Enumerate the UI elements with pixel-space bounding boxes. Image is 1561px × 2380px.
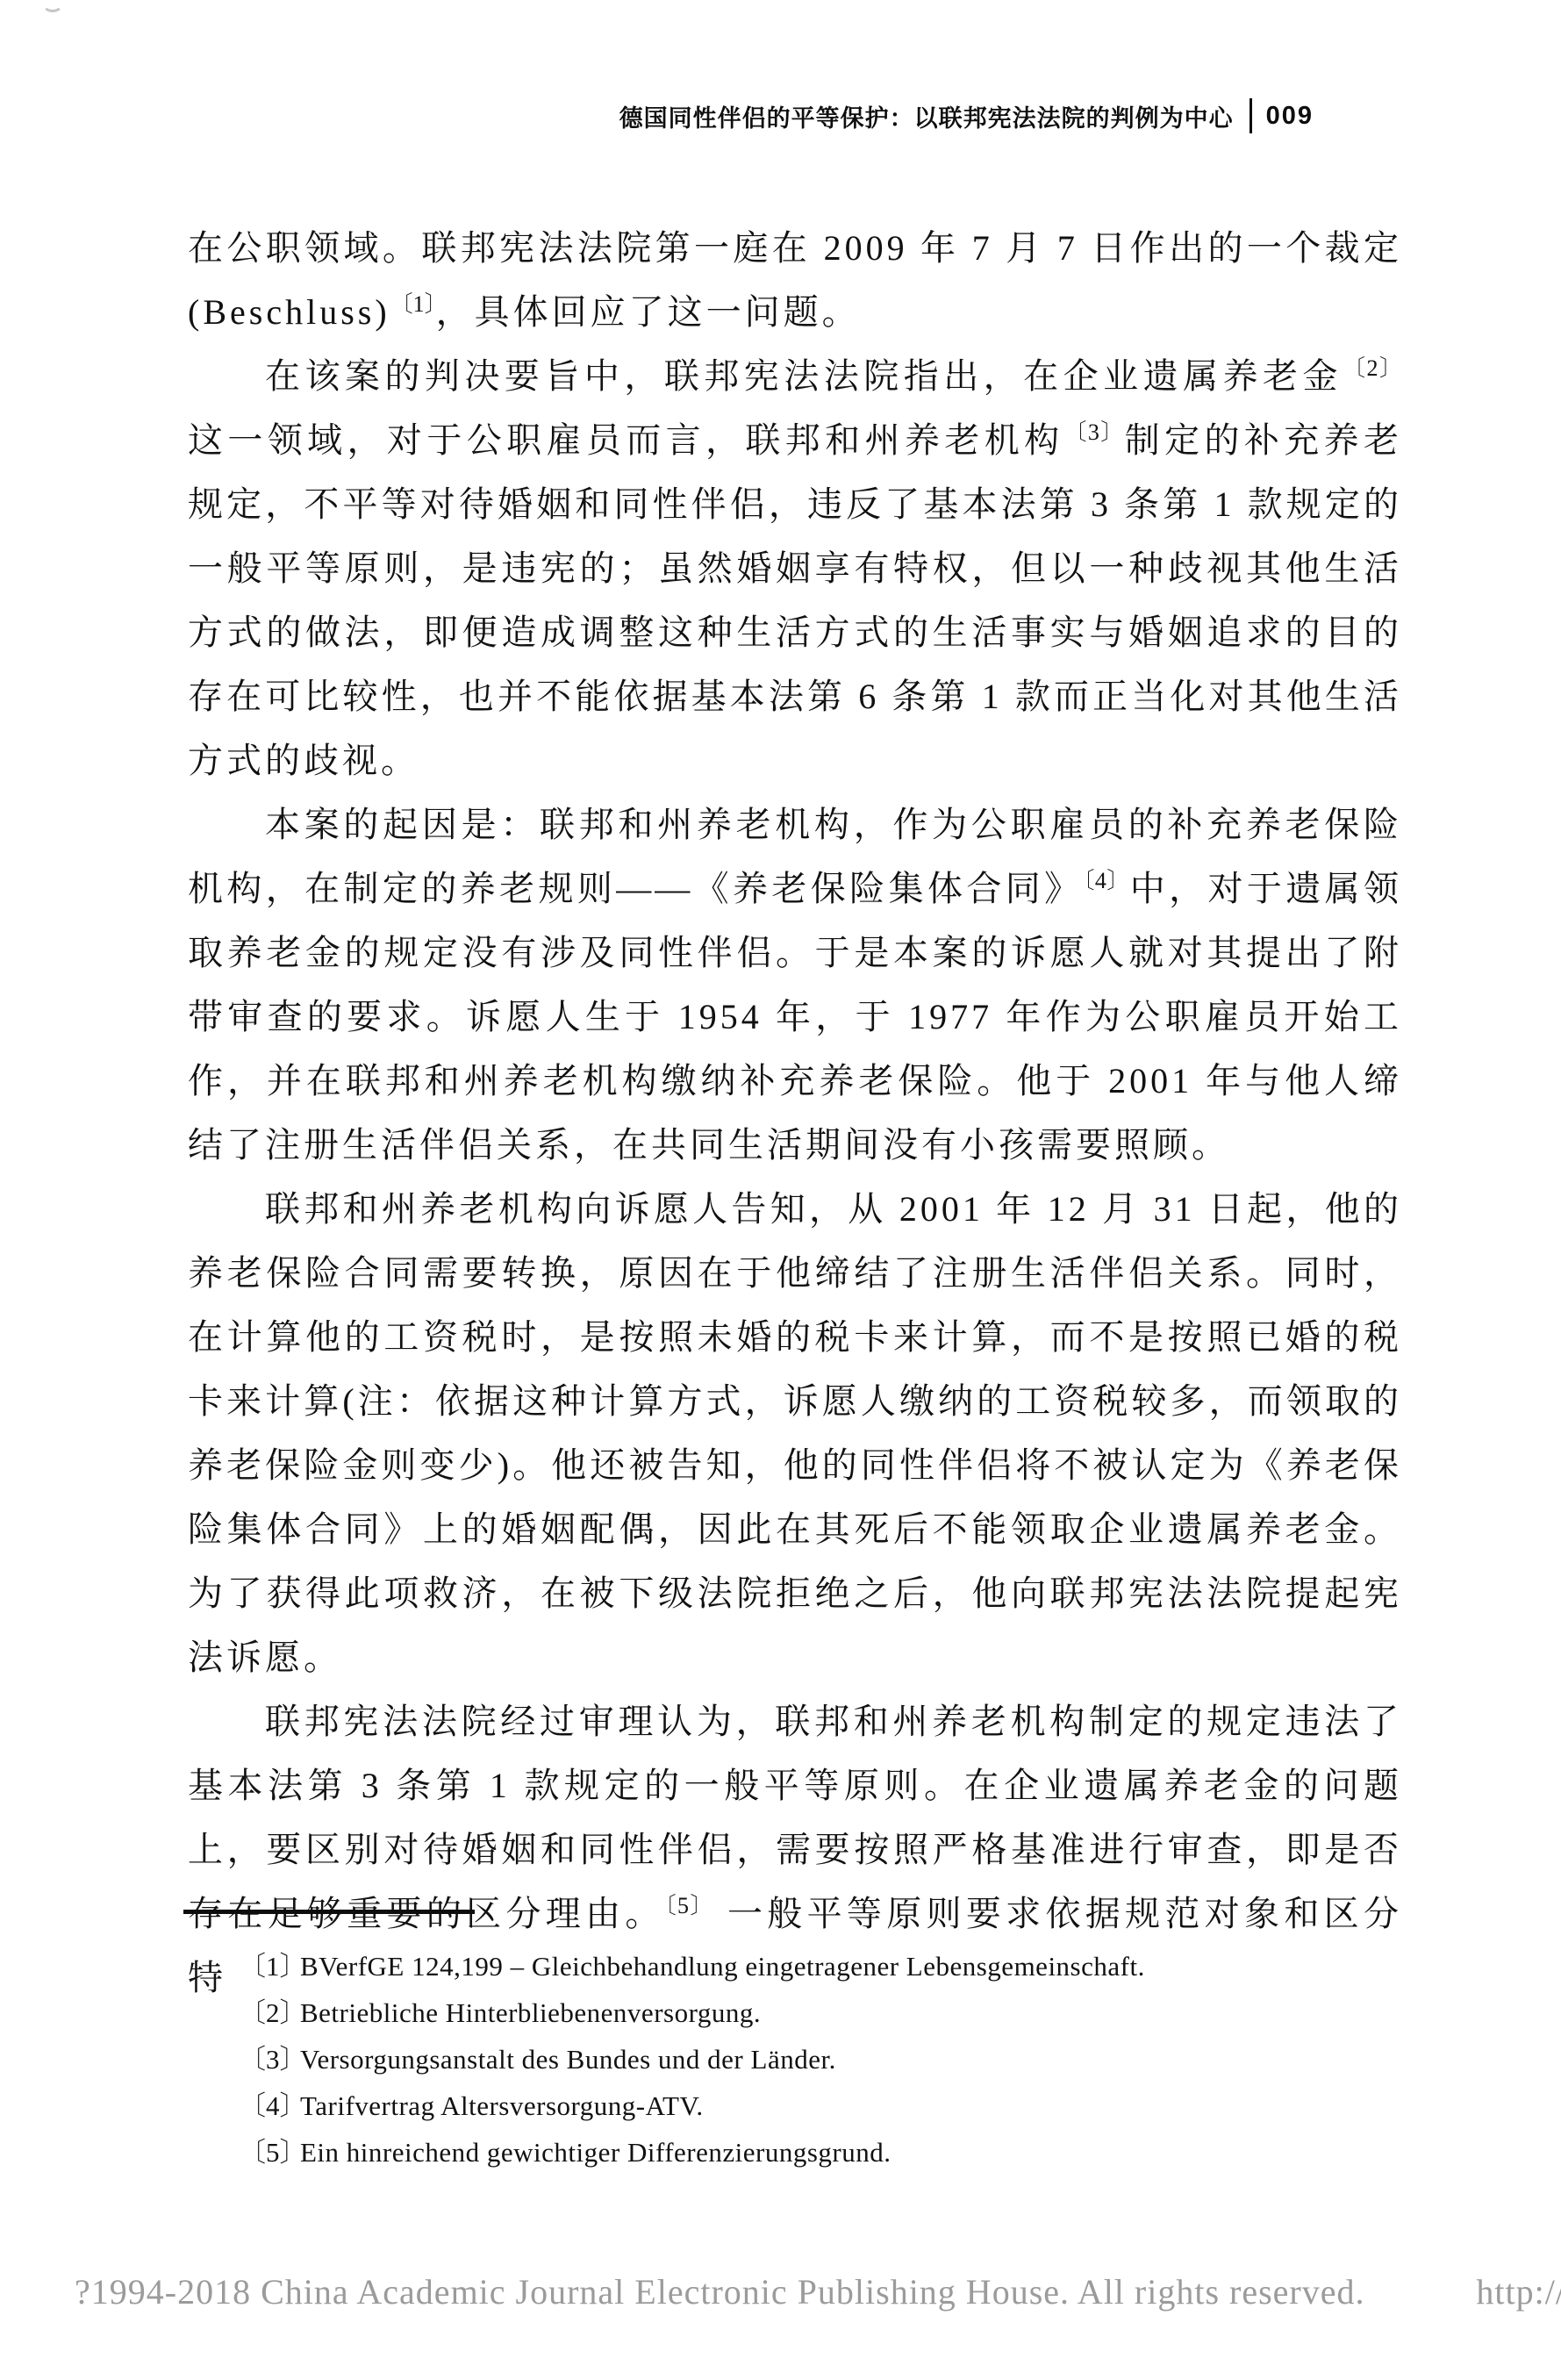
scan-artifact [42, 0, 63, 12]
body-text-run: ，具体回应了这一问题。 [436, 292, 861, 332]
body-text-run: 这一领域，对于公职雇员而言，联邦和州养老机构 [188, 420, 1064, 460]
body-text-run: 联邦和州养老机构向诉愿人告知，从 2001 年 12 月 31 日起，他的养老保… [188, 1189, 1402, 1677]
footnote-separator-rule [183, 1910, 475, 1914]
body-paragraph: 联邦和州养老机构向诉愿人告知，从 2001 年 12 月 31 日起，他的养老保… [188, 1177, 1402, 1689]
footnote-marker: 〔3〕 [1064, 419, 1125, 445]
footnote-item: 〔5〕Ein hinreichend gewichtiger Differenz… [239, 2129, 1406, 2176]
footer-url: http:// [1476, 2271, 1561, 2312]
header-divider-rule [1250, 98, 1252, 133]
body-text-run: 在该案的判决要旨中，联邦宪法法院指出，在企业遗属养老金 [265, 356, 1343, 396]
footnote-marker: 〔1〕 [390, 291, 436, 317]
body-text-run: 制定的补充养老规定，不平等对待婚姻和同性伴侣，违反了基本法第 3 条第 1 款规… [188, 420, 1402, 780]
footnote-text: BVerfGE 124,199 – Gleichbehandlung einge… [300, 1951, 1145, 1982]
footnote-text: Ein hinreichend gewichtiger Differenzier… [300, 2137, 891, 2168]
footnote-number: 〔4〕 [239, 2082, 300, 2129]
body-paragraph: 在公职领域。联邦宪法法院第一庭在 2009 年 7 月 7 日作出的一个裁定(B… [188, 216, 1402, 344]
copyright-text: ?1994-2018 China Academic Journal Electr… [75, 2271, 1365, 2312]
body-text: 在公职领域。联邦宪法法院第一庭在 2009 年 7 月 7 日作出的一个裁定(B… [188, 216, 1402, 2010]
footnote-number: 〔3〕 [239, 2036, 300, 2082]
footnote-number: 〔5〕 [239, 2129, 300, 2176]
document-page: 德国同性伴侣的平等保护：以联邦宪法法院的判例为中心 009 在公职领域。联邦宪法… [0, 0, 1561, 2380]
footnote-item: 〔3〕Versorgungsanstalt des Bundes und der… [239, 2036, 1406, 2082]
footnote-number: 〔2〕 [239, 1989, 300, 2036]
footnote-marker: 〔5〕 [665, 1893, 714, 1918]
footnote-item: 〔2〕Betriebliche Hinterbliebenenversorgun… [239, 1989, 1406, 2036]
footnote-text: Tarifvertrag Altersversorgung-ATV. [300, 2090, 704, 2121]
footnote-marker: 〔2〕 [1343, 355, 1402, 381]
footnote-text: Betriebliche Hinterbliebenenversorgung. [300, 1997, 761, 2028]
footnote-item: 〔1〕BVerfGE 124,199 – Gleichbehandlung ei… [239, 1943, 1406, 1989]
copyright-footer: ?1994-2018 China Academic Journal Electr… [0, 2271, 1561, 2312]
footnote-number: 〔1〕 [239, 1943, 300, 1989]
body-paragraph: 本案的起因是：联邦和州养老机构，作为公职雇员的补充养老保险机构，在制定的养老规则… [188, 792, 1402, 1177]
body-text-run: 中，对于遗属领取养老金的规定没有涉及同性伴侣。于是本案的诉愿人就对其提出了附带审… [188, 869, 1402, 1165]
running-header-title: 德国同性伴侣的平等保护：以联邦宪法法院的判例为中心 [619, 99, 1234, 133]
footnote-marker: 〔4〕 [1084, 868, 1130, 893]
body-paragraph: 在该案的判决要旨中，联邦宪法法院指出，在企业遗属养老金〔2〕这一领域，对于公职雇… [188, 344, 1402, 792]
running-header: 德国同性伴侣的平等保护：以联邦宪法法院的判例为中心 009 [619, 98, 1314, 133]
footnotes-section: 〔1〕BVerfGE 124,199 – Gleichbehandlung ei… [239, 1943, 1406, 2176]
footnote-item: 〔4〕Tarifvertrag Altersversorgung-ATV. [239, 2082, 1406, 2129]
page-number: 009 [1266, 102, 1314, 131]
footnote-text: Versorgungsanstalt des Bundes und der Lä… [300, 2044, 836, 2075]
